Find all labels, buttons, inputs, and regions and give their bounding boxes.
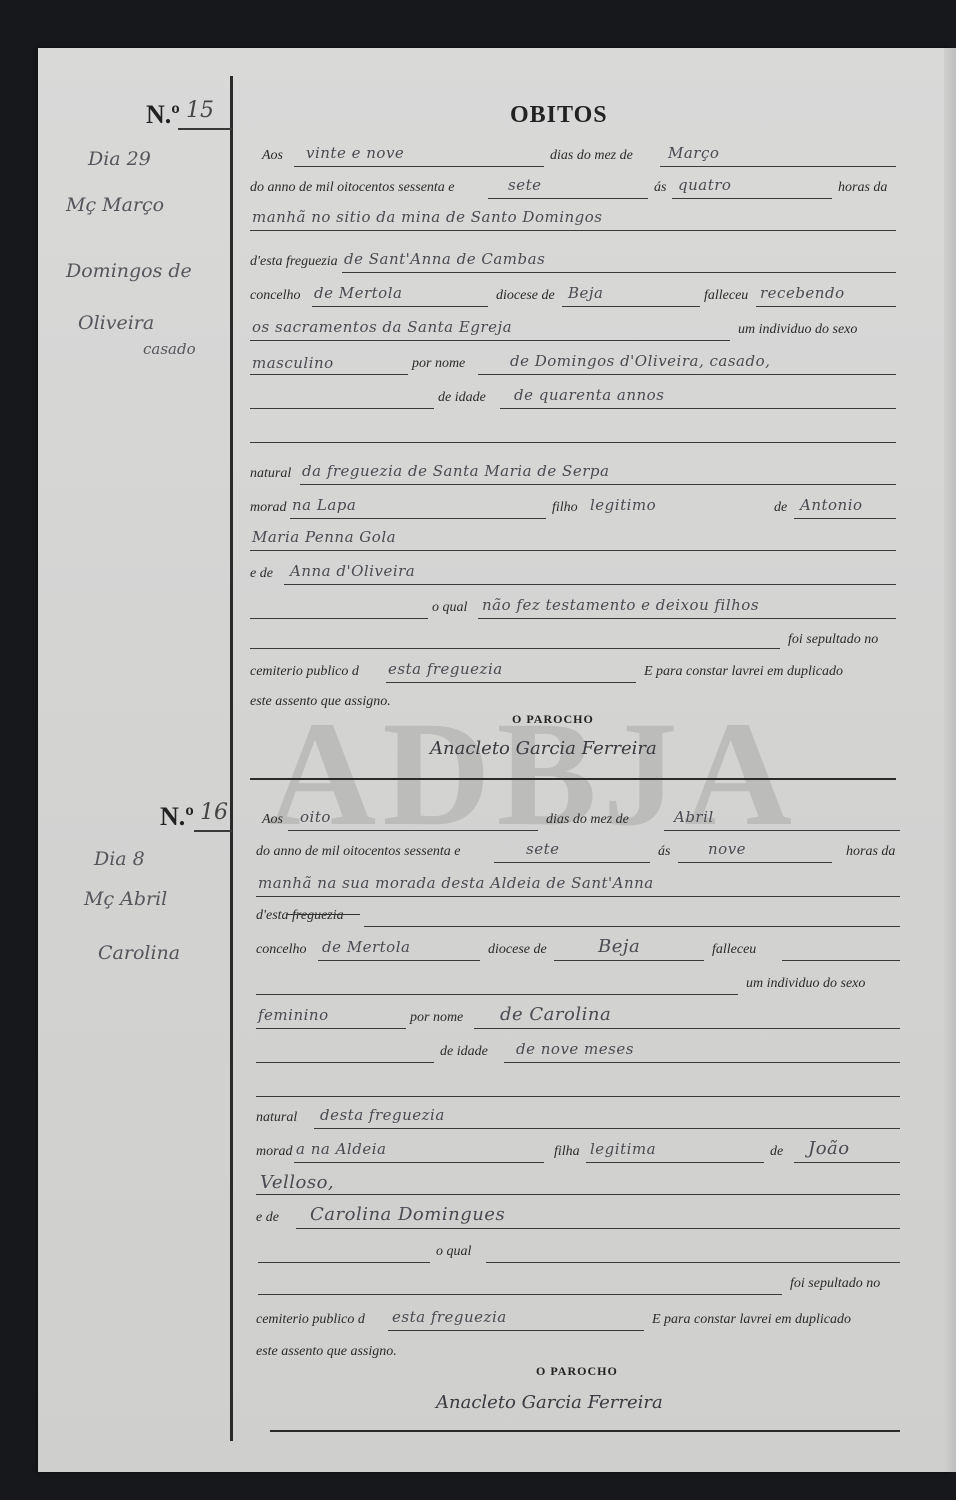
qual-value: não fez testamento e deixou filhos — [482, 596, 759, 614]
rule — [660, 166, 896, 167]
father-cont-value: Maria Penna Gola — [252, 528, 396, 546]
rule — [294, 166, 544, 167]
day-value: oito — [300, 808, 331, 826]
month-label: dias do mez de — [546, 812, 629, 828]
rule — [504, 1062, 900, 1063]
number-underline — [178, 128, 232, 130]
entry-end-rule — [270, 1430, 900, 1432]
de-label: de — [774, 500, 787, 516]
morad-value: na Lapa — [292, 496, 356, 514]
rule — [794, 518, 896, 519]
rule — [486, 1262, 900, 1263]
freguezia-value: de Sant'Anna de Cambas — [344, 250, 545, 268]
margin-name: Domingos de — [66, 260, 192, 282]
horas-label: horas da — [846, 844, 895, 860]
rule — [250, 550, 896, 551]
rule — [488, 198, 648, 199]
sexo-value: feminino — [258, 1006, 329, 1024]
mother-value: Carolina Domingues — [310, 1204, 505, 1225]
sexo-value: masculino — [252, 354, 334, 372]
nome-label: por nome — [410, 1010, 463, 1026]
constar-label: E para constar lavrei em duplicado — [644, 664, 843, 680]
hour-value: quatro — [678, 176, 731, 194]
month-value: Março — [668, 144, 719, 162]
cemiterio-label: cemiterio publico d — [250, 664, 359, 680]
month-label: dias do mez de — [550, 148, 633, 164]
sexo-label: um individuo do sexo — [746, 976, 865, 992]
place-value: manhã na sua morada desta Aldeia de Sant… — [258, 874, 654, 892]
idade-label: de idade — [440, 1044, 488, 1060]
rule — [756, 306, 896, 307]
margin-status: casado — [143, 340, 196, 358]
diocese-label: diocese de — [496, 288, 555, 304]
rule — [318, 960, 480, 961]
father-value: João — [808, 1138, 850, 1159]
mother-value: Anna d'Oliveira — [290, 562, 415, 580]
nome-value: de Carolina — [500, 1004, 611, 1025]
rule — [256, 1062, 434, 1063]
entry-end-rule — [250, 778, 896, 780]
natural-label: natural — [250, 466, 291, 482]
cemiterio-label: cemiterio publico d — [256, 1312, 365, 1328]
rule — [296, 1228, 900, 1229]
natural-value: desta freguezia — [320, 1106, 445, 1124]
rule — [782, 960, 900, 961]
falleceu-label: falleceu — [704, 288, 748, 304]
filho-label: filho — [552, 500, 578, 516]
idade-label: de idade — [438, 390, 486, 406]
rule — [250, 442, 896, 443]
year-label: do anno de mil oitocentos sessenta e — [256, 844, 461, 860]
strikethrough — [286, 914, 360, 915]
rule — [256, 1028, 406, 1029]
year-value: sete — [508, 176, 541, 194]
rule — [794, 1162, 900, 1163]
rule — [284, 584, 896, 585]
diocese-value: Beja — [598, 936, 640, 957]
cemiterio-value: esta freguezia — [392, 1308, 507, 1326]
cemiterio-value: esta freguezia — [388, 660, 503, 678]
rule — [250, 374, 408, 375]
freguezia-label: d'esta freguezia — [256, 908, 344, 924]
nome-label: por nome — [412, 356, 465, 372]
rule — [250, 340, 730, 341]
rule — [494, 862, 650, 863]
morad-label: morad — [250, 500, 287, 516]
morad-value: a na Aldeia — [296, 1140, 386, 1158]
morad-label: morad — [256, 1144, 293, 1160]
rule — [554, 960, 704, 961]
sacraments-value: os sacramentos da Santa Egreja — [252, 318, 512, 336]
rule — [314, 1128, 900, 1129]
rule — [256, 994, 738, 995]
qual-label: o qual — [432, 600, 467, 616]
rule — [256, 1096, 900, 1097]
falleceu-label: falleceu — [712, 942, 756, 958]
page-title: OBITOS — [510, 102, 608, 129]
natural-value: da freguezia de Santa Maria de Serpa — [302, 462, 609, 480]
hour-label: ás — [654, 180, 666, 196]
rule — [586, 1162, 764, 1163]
rule — [250, 230, 896, 231]
concelho-label: concelho — [250, 288, 301, 304]
constar-label: E para constar lavrei em duplicado — [652, 1312, 851, 1328]
entry-number: 15 — [186, 98, 214, 123]
father-cont-value: Velloso, — [260, 1172, 334, 1193]
parocho-label: O PAROCHO — [536, 1364, 618, 1379]
filho-value: legitimo — [590, 496, 656, 514]
rule — [478, 618, 896, 619]
sepultado-label: foi sepultado no — [790, 1276, 880, 1292]
rule — [250, 618, 428, 619]
sepultado-label: foi sepultado no — [788, 632, 878, 648]
concelho-value: de Mertola — [314, 284, 402, 302]
entry-number-label: N.º — [160, 802, 194, 832]
idade-value: de quarenta annos — [514, 386, 664, 404]
father-value: Antonio — [800, 496, 863, 514]
rule — [250, 648, 780, 649]
rule — [388, 1330, 644, 1331]
qual-label: o qual — [436, 1244, 471, 1260]
day-value: vinte e nove — [306, 144, 404, 162]
falleceu-value: recebendo — [760, 284, 845, 302]
assento-label: este assento que assigno. — [256, 1344, 397, 1360]
hour-value: nove — [708, 840, 746, 858]
filho-value: legitima — [590, 1140, 656, 1158]
rule — [258, 1262, 430, 1263]
rule — [300, 484, 896, 485]
natural-label: natural — [256, 1110, 297, 1126]
sexo-label: um individuo do sexo — [738, 322, 857, 338]
mae-label: e de — [256, 1210, 279, 1226]
margin-surname: Oliveira — [78, 312, 154, 334]
rule — [258, 1294, 782, 1295]
rule — [288, 830, 538, 831]
parish-priest-signature: Anacleto Garcia Ferreira — [436, 1392, 663, 1413]
rule — [256, 1194, 900, 1195]
rule — [664, 830, 900, 831]
mae-label: e de — [250, 566, 273, 582]
rule — [562, 306, 700, 307]
rule — [500, 408, 896, 409]
idade-value: de nove meses — [516, 1040, 634, 1058]
year-label: do anno de mil oitocentos sessenta e — [250, 180, 455, 196]
rule — [478, 374, 896, 375]
month-value: Abril — [674, 808, 714, 826]
margin-month: Mç Abril — [84, 888, 167, 910]
de-label: de — [770, 1144, 783, 1160]
freguezia-label: d'esta freguezia — [250, 254, 338, 270]
horas-label: horas da — [838, 180, 887, 196]
filho-label: filha — [554, 1144, 580, 1160]
entry-number-label: N.º — [146, 100, 180, 130]
hour-label: ás — [658, 844, 670, 860]
aos-label: Aos — [262, 148, 283, 164]
rule — [256, 896, 900, 897]
nome-value: de Domingos d'Oliveira, casado, — [510, 352, 770, 370]
parocho-label: O PAROCHO — [512, 712, 594, 727]
rule — [294, 1162, 544, 1163]
aos-label: Aos — [262, 812, 283, 828]
rule — [312, 306, 488, 307]
year-value: sete — [526, 840, 559, 858]
parish-priest-signature: Anacleto Garcia Ferreira — [430, 738, 657, 759]
concelho-label: concelho — [256, 942, 307, 958]
assento-label: este assento que assigno. — [250, 694, 391, 710]
margin-name: Carolina — [98, 942, 180, 964]
rule — [290, 518, 546, 519]
rule — [342, 272, 896, 273]
number-underline — [194, 830, 232, 832]
rule — [386, 682, 636, 683]
margin-month: Mç Março — [66, 194, 164, 216]
rule — [474, 1028, 900, 1029]
place-value: manhã no sitio da mina de Santo Domingos — [252, 208, 603, 226]
margin-rule — [230, 76, 233, 1441]
margin-date: Dia 29 — [88, 148, 151, 170]
diocese-value: Beja — [568, 284, 604, 302]
rule — [364, 926, 900, 927]
rule — [250, 408, 434, 409]
margin-date: Dia 8 — [94, 848, 145, 870]
rule — [678, 862, 832, 863]
concelho-value: de Mertola — [322, 938, 410, 956]
rule — [672, 198, 832, 199]
register-page: OBITOS ADBJA N.º 15 Dia 29 Mç Março Domi… — [38, 48, 950, 1472]
diocese-label: diocese de — [488, 942, 547, 958]
entry-number: 16 — [200, 800, 228, 825]
